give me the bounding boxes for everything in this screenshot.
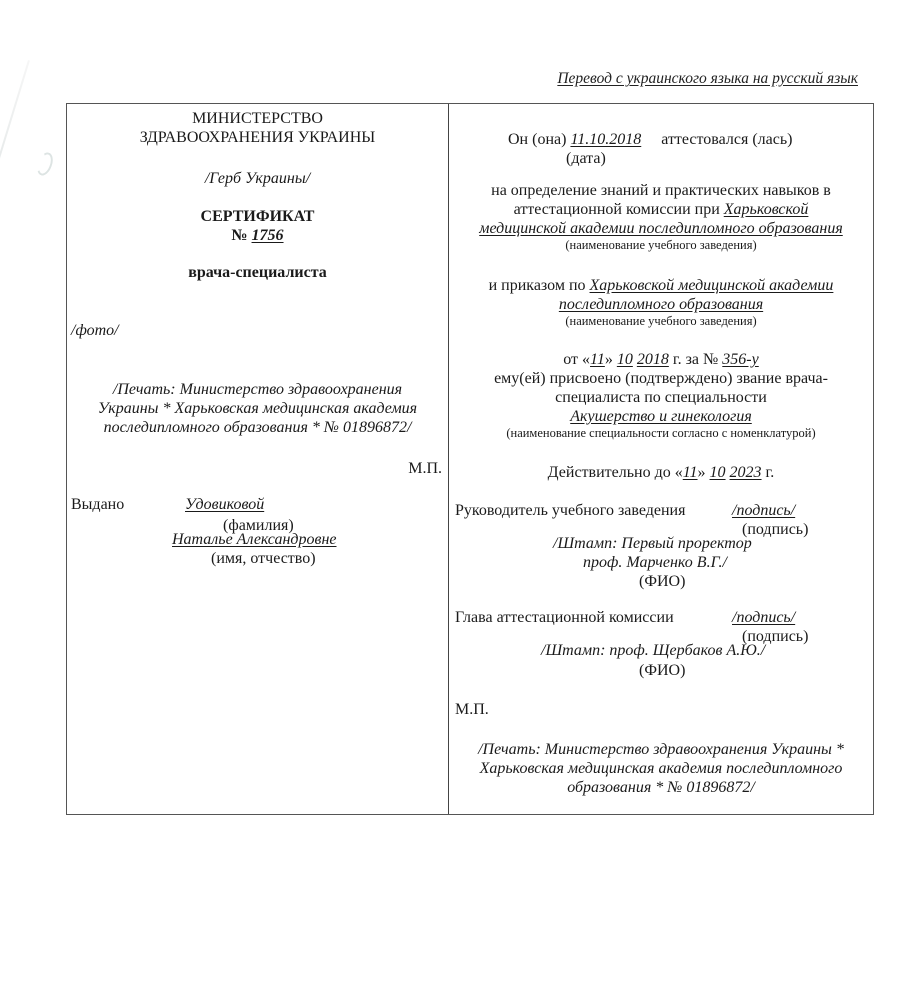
commission-line-2-prefix: аттестационной комиссии при [514,201,720,218]
scan-artifact [0,60,30,252]
commission-head-fio-caption: (ФИО) [639,661,685,680]
head-signature: /подпись/ [732,501,795,520]
valid-until-line: Действительно до «11» 10 2023 г. [449,463,873,482]
commission-institution-part-1: Харьковской [724,201,809,218]
order-institution-part-2: последипломного образования [449,295,873,314]
seal-line-1: /Печать: Министерство здравоохранения [67,380,448,399]
order-day-close: » [605,351,613,368]
attested-suffix: аттестовался (лась) [661,131,792,148]
order-prefix: и приказом по [489,277,586,294]
order-month: 10 [617,351,633,368]
scan-artifact-blob [34,150,55,177]
order-institution-caption: (наименование учебного заведения) [449,314,873,329]
photo-placeholder: /фото/ [71,321,119,340]
valid-prefix: Действительно до « [548,464,683,481]
order-year-suffix: г. за № [673,351,718,368]
valid-year: 2023 [730,464,762,481]
order-from: от « [563,351,590,368]
order-day: 11 [590,351,605,368]
seal-line-3: последипломного образования * № 01896872… [67,418,448,437]
order-institution-part-1: Харьковской медицинской академии [590,277,834,294]
head-fio-caption: (ФИО) [639,572,685,591]
specialty-caption: (наименование специальности согласно с н… [449,426,873,441]
issued-label: Выдано [71,495,124,514]
specialty: Акушерство и гинекология [449,407,873,426]
right-seal-line-3: образования * № 01896872/ [449,778,873,797]
valid-suffix: г. [766,464,775,481]
commission-head-signature: /подпись/ [732,608,795,627]
given-names-caption: (имя, отчество) [211,549,316,568]
institution-caption: (наименование учебного заведения) [449,238,873,253]
commission-institution-part-2: медицинской академии последипломного обр… [449,219,873,238]
order-line-1: и приказом по Харьковской медицинской ак… [449,276,873,295]
attested-prefix: Он (она) [508,131,566,148]
head-label: Руководитель учебного заведения [455,501,685,520]
commission-line-1: на определение знаний и практических нав… [449,181,873,200]
attested-line: Он (она) 11.10.2018 аттестовался (лась) [508,130,792,149]
seal-line-2: Украины * Харьковская медицинская академ… [67,399,448,418]
certificate-number: 1756 [252,227,284,244]
certificate-number-prefix: № [231,227,247,244]
certificate-subtitle: врача-специалиста [67,263,448,282]
certificate-title: СЕРТИФИКАТ [67,207,448,226]
valid-day: 11 [683,464,698,481]
commission-head-label: Глава аттестационной комиссии [455,608,674,627]
recipient-given-names: Наталье Александровне [172,530,337,549]
valid-day-close: » [698,464,706,481]
ministry-line-1: МИНИСТЕРСТВО [67,109,448,128]
order-date-line: от «11» 10 2018 г. за № 356-у [449,350,873,369]
certificate-left-column: МИНИСТЕРСТВО ЗДРАВООХРАНЕНИЯ УКРАИНЫ /Ге… [67,104,448,814]
translation-note: Перевод с украинского языка на русский я… [557,70,858,88]
coat-of-arms-note: /Герб Украины/ [67,169,448,188]
ministry-line-2: ЗДРАВООХРАНЕНИЯ УКРАИНЫ [67,128,448,147]
attestation-date: 11.10.2018 [570,131,641,148]
certificate-number-line: № 1756 [67,226,448,245]
certificate-frame: МИНИСТЕРСТВО ЗДРАВООХРАНЕНИЯ УКРАИНЫ /Ге… [66,103,874,815]
head-stamp-line-1: /Штамп: Первый проректор [553,534,752,553]
stamp-place-mark: М.П. [408,459,442,478]
assigned-line-1: ему(ей) присвоено (подтверждено) звание … [449,369,873,388]
valid-month: 10 [710,464,726,481]
date-caption: (дата) [566,149,606,168]
order-year: 2018 [637,351,669,368]
recipient-surname: Удовиковой [185,495,264,514]
order-number: 356-у [722,351,758,368]
stamp-place-mark-right: М.П. [455,700,489,719]
right-seal-line-1: /Печать: Министерство здравоохранения Ук… [449,740,873,759]
commission-head-stamp: /Штамп: проф. Щербаков А.Ю./ [541,641,765,660]
assigned-line-2: специалиста по специальности [449,388,873,407]
certificate-right-column: Он (она) 11.10.2018 аттестовался (лась) … [449,104,873,814]
right-seal-line-2: Харьковская медицинская академия последи… [449,759,873,778]
head-stamp-line-2: проф. Марченко В.Г./ [583,553,727,572]
commission-line-2: аттестационной комиссии при Харьковской [449,200,873,219]
